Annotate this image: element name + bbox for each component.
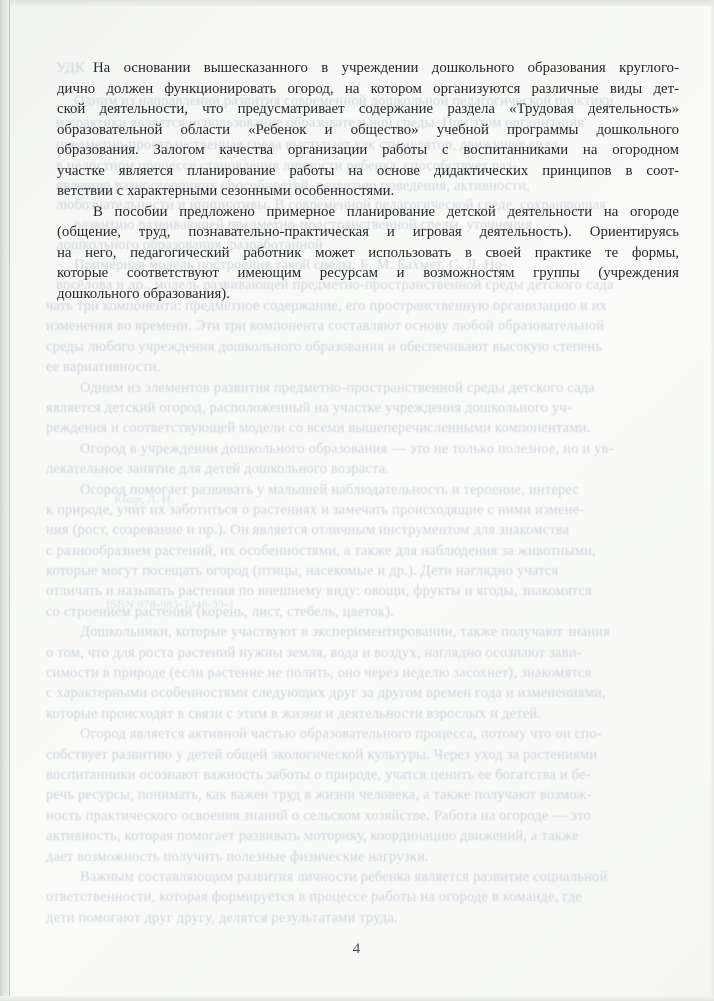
text-line: дично должен функционировать огород, на … [57, 79, 679, 100]
bleedthrough-line: симости в природе (если растение не поли… [46, 663, 668, 683]
bleedthrough-line: дает возможность получить полезные физич… [46, 847, 668, 867]
page-edge-top [0, 0, 714, 6]
text-line: которые соответствуют имеющим ресурсам и… [57, 263, 679, 284]
bleedthrough-line: ответственности, которая формируется в п… [46, 887, 668, 907]
text-line: (общение, труд, познавательно-практическ… [57, 222, 679, 243]
bleedthrough-line: ния (рост, созревание и пр.). Он являетс… [46, 520, 668, 540]
bleedthrough-line: активность, которая помогает развивать м… [46, 826, 668, 846]
bleedthrough-line: лекательное занятие для детей дошкольног… [46, 459, 668, 479]
text-line: образовательной области «Ребенок и общес… [57, 120, 679, 141]
bleedthrough-line: Дошкольники, которые участвуют в экспери… [46, 622, 668, 642]
bleedthrough-line: Огород является активной частью образова… [46, 724, 668, 744]
text-line: ской деятельности, что предусматривает с… [57, 99, 679, 120]
bleedthrough-line: воспитанники осознают важность заботы о … [46, 765, 668, 785]
bleedthrough-line: дети помогают друг другу, делятся резуль… [46, 908, 668, 928]
bleedthrough-line: является детский огород, расположенный н… [46, 398, 668, 418]
page-edge-bottom [0, 996, 714, 1001]
bleedthrough-line: которые могут посещать огород (птицы, на… [46, 561, 668, 581]
page-number: 4 [0, 941, 714, 958]
bleedthrough-line: Огород в учреждении дошкольного образова… [46, 439, 668, 459]
body-text: На основании вышесказанного в учреждении… [57, 58, 679, 304]
text-line: дошкольного образования). [57, 284, 679, 305]
paragraph-1: На основании вышесказанного в учреждении… [57, 58, 679, 202]
bleedthrough-line: со строением растений (корень, лист, сте… [46, 602, 668, 622]
bleedthrough-line: собствует развитию у детей общей экологи… [46, 745, 668, 765]
bleedthrough-line: отличать и называть растения по внешнему… [46, 581, 668, 601]
text-line: участке является планирование работы на … [57, 161, 679, 182]
bleedthrough-line: Огород помогает развивать у малышей набл… [46, 480, 668, 500]
page-edge-right [710, 0, 714, 1001]
bleedthrough-line: Важным составляющим развития личности ре… [46, 867, 668, 887]
bleedthrough-line: с характерными особенностями следующих д… [46, 683, 668, 703]
bleedthrough-line: ность практического освоения знаний о се… [46, 806, 668, 826]
bleedthrough-line: изменения во времени. Эти три компонента… [46, 316, 668, 336]
bleedthrough-line: к природе, учит их заботиться о растения… [46, 500, 668, 520]
scanned-book-page: { "page": { "number": "4", "paragraph1_l… [0, 0, 714, 1001]
bleedthrough-line: реждения и соответствующей модели со все… [46, 418, 668, 438]
page-edge-left [0, 0, 10, 1001]
text-line: образования. Залогом качества организаци… [57, 140, 679, 161]
text-line: ветствии с характерными сезонными особен… [57, 181, 679, 202]
bleedthrough-line: речь ресурсы, понимать, как важен труд в… [46, 785, 668, 805]
bleedthrough-text-block: чать три компонента: предметное содержан… [46, 296, 668, 928]
bleedthrough-line: Одним из элементов развития предметно-пр… [46, 378, 668, 398]
bleedthrough-line: с разнообразием растений, их особенностя… [46, 541, 668, 561]
text-line: В пособии предложено примерное планирова… [57, 202, 679, 223]
text-line: На основании вышесказанного в учреждении… [57, 58, 679, 79]
bleedthrough-line: ее вариативности. [46, 357, 668, 377]
paragraph-2: В пособии предложено примерное планирова… [57, 202, 679, 305]
bleedthrough-line: среды любого учреждения дошкольного обра… [46, 337, 668, 357]
text-line: на него, педагогический работник может и… [57, 243, 679, 264]
bleedthrough-line: которые происходят в связи с этим в жизн… [46, 704, 668, 724]
bleedthrough-line: о том, что для роста растений нужны земл… [46, 643, 668, 663]
